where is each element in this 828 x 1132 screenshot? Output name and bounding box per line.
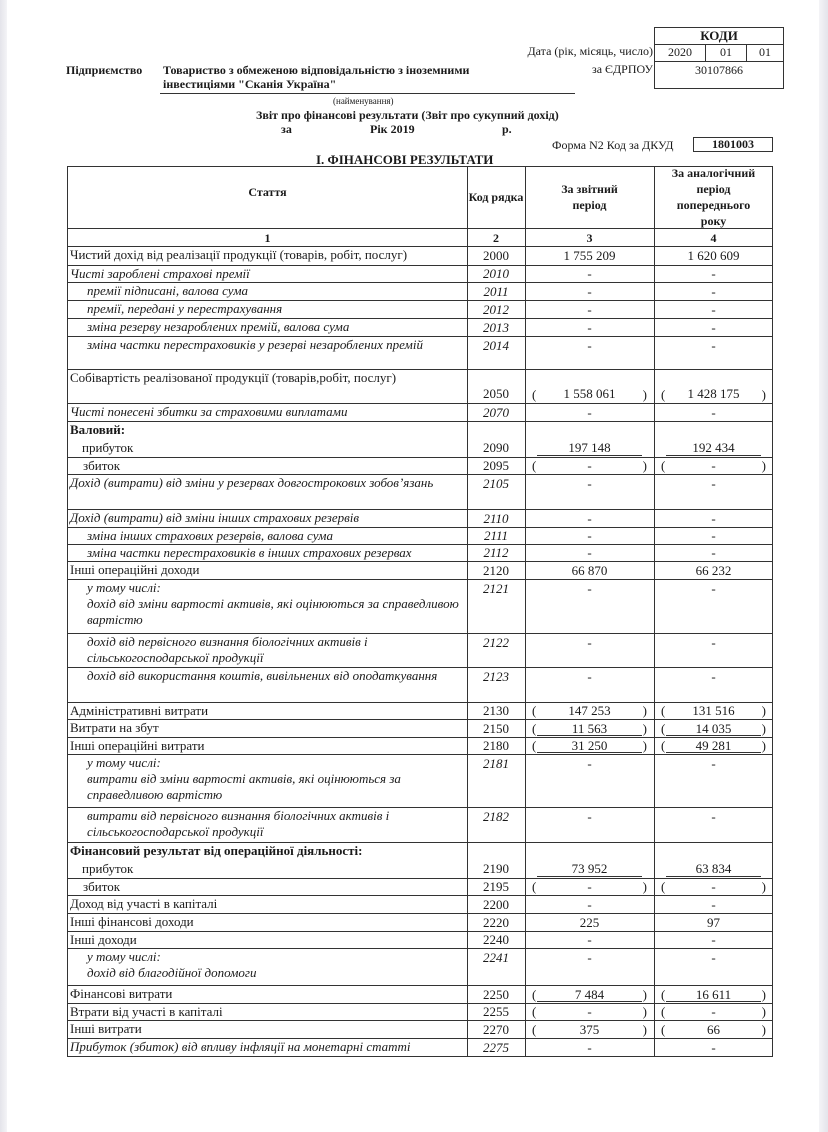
row-current-value: - [525,949,654,985]
paren-close: ) [643,1004,647,1020]
row-code-value: 2182 [483,809,509,824]
row-current-value: 66 870 [525,562,654,579]
table-row: Фінансові витрати22507 484()16 611() [67,986,773,1004]
row-code: 2010 [467,266,525,282]
table-row: зміна частки перестраховиків у резерві н… [67,337,773,370]
row-label: дохід від використання коштів, вивільнен… [69,668,467,702]
row-previous-value: 1 428 175() [654,370,773,403]
paren-open: ( [661,1022,665,1038]
row-code-value: 2130 [483,703,509,719]
row-code-value: 2011 [483,284,508,300]
date-month: 01 [706,44,747,61]
row-sub-label: дохід від зміни вартості активів, які оц… [87,596,467,628]
row-previous-value-value: - [711,581,715,596]
col-number-1: 1 [67,229,467,246]
row-label: премії, передані у перестрахування [69,301,467,318]
column-numbers-row: 1 2 3 4 [67,229,773,247]
paren-close: ) [643,879,647,895]
row-previous-value: - [654,1039,773,1057]
row-current-value: -() [525,879,654,895]
table-row: у тому числі:витрати від зміни вартості … [67,755,773,808]
row-label: Інші доходи [69,932,467,948]
row-previous-value: -() [654,879,773,895]
row-current-value-value: - [587,528,591,544]
row-code: 2122 [467,634,525,667]
row-label: у тому числі:витрати від зміни вартості … [69,755,467,807]
row-code-value: 2180 [483,738,509,754]
row-code-value: 2150 [483,721,509,737]
row-code-value: 2241 [483,950,509,965]
paren-open: ( [532,458,536,474]
table-row: премії підписані, валова сума2011-- [67,283,773,301]
date-year: 2020 [655,44,706,61]
row-previous-value-value: - [711,950,715,965]
table-row: Фінансовий результат від операційної дія… [67,843,773,879]
row-label: Інші операційні витрати [69,738,467,754]
row-previous-value: - [654,634,773,667]
row-current-value: - [525,545,654,561]
table-row: Інші операційні витрати218031 250()49 28… [67,738,773,755]
row-current-value: - [525,580,654,633]
table-row: зміна інших страхових резервів, валова с… [67,528,773,545]
paren-open: ( [532,721,536,737]
row-previous-value: 192 434 [654,422,773,457]
row-current-value-value: - [587,1040,591,1056]
row-previous-value-value: - [711,932,715,948]
row-label: Адміністративні витрати [69,703,467,719]
row-code: 2050 [467,370,525,403]
row-previous-value: - [654,404,773,421]
row-previous-value-value: - [711,302,715,318]
paren-close: ) [762,1004,766,1020]
row-code-value: 2090 [483,440,509,456]
row-label: збиток [69,879,467,895]
row-group-label: Валовий: [70,422,467,438]
row-previous-value-value: 1 620 609 [688,248,740,264]
table-row: Інші операційні доходи212066 87066 232 [67,562,773,580]
row-code: 2012 [467,301,525,318]
table-row: зміна резерву незароблених премій, валов… [67,319,773,337]
row-current-value: 73 952 [525,843,654,878]
row-previous-value-value: - [711,320,715,336]
row-code-value: 2105 [483,476,509,491]
row-current-value: 1 755 209 [525,247,654,265]
row-code: 2275 [467,1039,525,1057]
column-divider [467,166,468,1057]
row-code: 2120 [467,562,525,579]
row-previous-value: - [654,545,773,561]
row-current-value-value: 73 952 [572,861,608,877]
paren-open: ( [532,703,536,719]
paren-close: ) [762,1022,766,1038]
row-previous-value: - [654,301,773,318]
row-current-value-value: - [587,320,591,336]
table-row: витрати від первісного визнання біологіч… [67,808,773,843]
row-code: 2111 [467,528,525,544]
date-label: Дата (рік, місяць, число) [527,44,653,59]
row-current-value: - [525,404,654,421]
row-previous-value-value: - [711,338,715,353]
table-row: збиток2195-()-() [67,879,773,896]
row-current-value: - [525,896,654,913]
row-current-value: - [525,528,654,544]
row-current-value: 1 558 061() [525,370,654,403]
row-code-value: 2013 [483,320,509,336]
row-current-value: 11 563() [525,720,654,737]
row-code: 2190 [467,843,525,878]
col-number-3: 3 [525,229,654,246]
row-sub-label: витрати від зміни вартості активів, які … [87,771,467,803]
row-previous-value-value: - [711,511,715,527]
row-current-value: - [525,283,654,300]
row-previous-value-value: 97 [707,915,720,931]
table-row: премії, передані у перестрахування2012-- [67,301,773,319]
row-group-label: Фінансовий результат від операційної дія… [70,843,467,859]
row-code: 2240 [467,932,525,948]
row-code: 2014 [467,337,525,369]
table-row: Інші витрати2270375()66() [67,1021,773,1039]
dkud-code: 1801003 [693,137,773,152]
row-current-value-value: - [587,879,591,895]
row-previous-value-value: - [711,476,715,491]
row-code: 2270 [467,1021,525,1038]
row-current-value-value: 147 253 [568,703,610,719]
table-row: Доход від участі в капіталі2200-- [67,896,773,914]
row-current-value-value: 375 [580,1022,600,1038]
row-current-value: 197 148 [525,422,654,457]
table-row: Валовий:прибуток2090197 148192 434 [67,422,773,458]
row-label: Доход від участі в капіталі [69,896,467,913]
table-row: збиток2095-()-() [67,458,773,475]
paren-close: ) [643,721,647,737]
paren-open: ( [532,1022,536,1038]
row-current-value: 7 484() [525,986,654,1003]
table-row: Інші доходи2240-- [67,932,773,949]
row-previous-value: 66() [654,1021,773,1038]
row-current-value-value: - [587,405,591,421]
row-code: 2255 [467,1004,525,1020]
table-row: Втрати від участі в капіталі2255-()-() [67,1004,773,1021]
row-previous-value-value: - [711,1040,715,1056]
row-code: 2200 [467,896,525,913]
value-underline [666,876,761,877]
paren-open: ( [661,387,665,403]
row-previous-value: - [654,337,773,369]
col-header-current: За звітний період [525,166,654,228]
row-current-value-value: - [587,581,591,596]
row-previous-value-value: 63 834 [696,861,732,877]
row-current-value: -() [525,458,654,474]
row-label: Інші фінансові доходи [69,914,467,931]
name-caption: (найменування) [333,96,394,106]
enterprise-name-line1: Товариство з обмеженою відповідальністю … [163,63,469,78]
paren-open: ( [661,721,665,737]
date-codes: 2020 01 01 [655,44,783,62]
row-current-value: - [525,301,654,318]
row-previous-value: - [654,755,773,807]
row-current-value-value: - [587,932,591,948]
row-label: Інші операційні доходи [69,562,467,579]
row-current-value-value: - [587,511,591,527]
row-current-value: 147 253() [525,703,654,719]
paren-open: ( [661,987,665,1003]
col-header-previous: За аналогічний період попереднього року [654,166,773,228]
value-underline [537,876,642,877]
row-code: 2150 [467,720,525,737]
row-code-value: 2181 [483,756,509,771]
row-code-value: 2270 [483,1022,509,1038]
row-current-value-value: - [587,266,591,282]
row-previous-value: 1 620 609 [654,247,773,265]
col-number-4: 4 [654,229,773,246]
row-label: зміна інших страхових резервів, валова с… [69,528,467,544]
row-previous-value-value: - [711,545,715,561]
row-prefix: у тому числі: [87,949,467,965]
row-code: 2180 [467,738,525,754]
row-previous-value-value: 66 [707,1022,720,1038]
row-code: 2110 [467,510,525,527]
paren-close: ) [762,721,766,737]
row-code: 2181 [467,755,525,807]
row-current-value: - [525,808,654,842]
row-code-value: 2110 [483,511,508,527]
table-row: у тому числі:дохід від зміни вартості ак… [67,580,773,634]
name-underline [160,93,575,94]
row-previous-value-value: - [711,669,715,684]
table-row: Собівартість реалізованої продукції (тов… [67,370,773,404]
row-current-value-value: - [587,809,591,824]
value-underline [666,455,761,456]
paren-close: ) [762,987,766,1003]
row-current-value: 225 [525,914,654,931]
row-sub-label: прибуток [70,440,467,456]
row-previous-value: - [654,932,773,948]
codes-box: КОДИ 2020 01 01 30107866 [654,27,784,89]
row-code-value: 2112 [483,545,508,561]
row-current-value: - [525,266,654,282]
row-previous-value-value: - [711,879,715,895]
paren-close: ) [643,458,647,474]
row-current-value-value: 197 148 [568,440,610,456]
row-previous-value-value: 192 434 [692,440,734,456]
paren-open: ( [661,1004,665,1020]
row-label: збиток [69,458,467,474]
value-underline [537,735,642,736]
row-sub-label: дохід від благодійної допомоги [87,965,467,981]
table-row: дохід від використання коштів, вивільнен… [67,668,773,703]
period-prefix: за [281,122,292,137]
row-previous-value: - [654,319,773,336]
row-code: 2241 [467,949,525,985]
value-underline [666,1001,761,1002]
row-current-value-value: 1 755 209 [564,248,616,264]
enterprise-name-line2: інвестиціями "Сканія Україна" [163,77,336,92]
paren-close: ) [643,987,647,1003]
row-label: Валовий:прибуток [69,422,467,457]
table-row: Чистий дохід від реалізації продукції (т… [67,247,773,266]
paren-open: ( [661,703,665,719]
row-label: зміна частки перестраховиків в інших стр… [69,545,467,561]
table-row: Дохід (витрати) від зміни інших страхови… [67,510,773,528]
paren-open: ( [532,738,536,754]
paren-close: ) [643,1022,647,1038]
row-previous-value: - [654,580,773,633]
row-code: 2095 [467,458,525,474]
row-label: премії підписані, валова сума [69,283,467,300]
enterprise-label: Підприємство [66,63,142,78]
row-prefix: у тому числі: [87,755,467,771]
table-row: у тому числі:дохід від благодійної допом… [67,949,773,986]
row-previous-value: -() [654,458,773,474]
paren-close: ) [762,458,766,474]
row-label: у тому числі:дохід від зміни вартості ак… [69,580,467,633]
row-code-value: 2122 [483,635,509,650]
row-current-value-value: 1 558 061 [564,386,616,402]
row-label: Фінансовий результат від операційної дія… [69,843,467,878]
date-day: 01 [747,44,783,61]
row-previous-value: - [654,475,773,509]
row-label: Дохід (витрати) від зміни у резервах дов… [69,475,467,509]
row-current-value: 375() [525,1021,654,1038]
row-current-value-value: - [587,458,591,474]
paren-close: ) [643,738,647,754]
row-previous-value: 66 232 [654,562,773,579]
row-current-value-value: - [587,545,591,561]
row-previous-value: - [654,896,773,913]
row-current-value: -() [525,1004,654,1020]
row-previous-value-value: - [711,1004,715,1020]
edrpou-code: 30107866 [655,63,783,78]
value-underline [537,752,642,753]
row-current-value-value: - [587,897,591,913]
row-current-value: - [525,932,654,948]
table-row: Адміністративні витрати2130147 253()131 … [67,703,773,720]
codes-title: КОДИ [655,28,783,45]
row-code: 2123 [467,668,525,702]
paren-close: ) [762,703,766,719]
row-previous-value-value: - [711,284,715,300]
table-header-row: Стаття Код рядка За звітний період За ан… [67,166,773,229]
row-label: Втрати від участі в капіталі [69,1004,467,1020]
row-previous-value-value: - [711,405,715,421]
row-code-value: 2095 [483,458,509,474]
row-code: 2011 [467,283,525,300]
paren-close: ) [762,879,766,895]
value-underline [666,735,761,736]
value-underline [666,752,761,753]
row-label: у тому числі:дохід від благодійної допом… [69,949,467,985]
row-label: Чистий дохід від реалізації продукції (т… [69,247,467,265]
col-header-article: Стаття [67,166,467,228]
row-code: 2070 [467,404,525,421]
row-previous-value: 131 516() [654,703,773,719]
row-label: Фінансові витрати [69,986,467,1003]
row-code: 2112 [467,545,525,561]
row-code: 2105 [467,475,525,509]
table-row: Чисті понесені збитки за страховими випл… [67,404,773,422]
row-current-value-value: - [587,338,591,353]
row-current-value-value: - [587,950,591,965]
row-label: Дохід (витрати) від зміни інших страхови… [69,510,467,527]
row-previous-value-value: 66 232 [696,563,732,579]
row-label: дохід від первісного визнання біологічни… [69,634,467,667]
row-previous-value: 97 [654,914,773,931]
row-label: Собівартість реалізованої продукції (тов… [69,370,467,403]
row-previous-value: 49 281() [654,738,773,754]
row-current-value-value: - [587,302,591,318]
value-underline [537,1001,642,1002]
row-code-value: 2050 [483,386,509,402]
row-code-value: 2250 [483,987,509,1003]
row-current-value: - [525,319,654,336]
row-previous-value-value: - [711,635,715,650]
row-previous-value: - [654,266,773,282]
row-previous-value-value: - [711,897,715,913]
row-label: зміна резерву незароблених премій, валов… [69,319,467,336]
form-label: Форма N2 Код за ДКУД [552,138,673,153]
row-code-value: 2121 [483,581,509,596]
row-code-value: 2195 [483,879,509,895]
table-row: Чисті зароблені страхові премії2010-- [67,266,773,283]
row-previous-value: 16 611() [654,986,773,1003]
row-previous-value-value: - [711,266,715,282]
col-number-2: 2 [467,229,525,246]
paren-open: ( [532,1004,536,1020]
row-code: 2121 [467,580,525,633]
table-row: Прибуток (збиток) від впливу інфляції на… [67,1039,773,1057]
row-code-value: 2120 [483,563,509,579]
row-current-value-value: - [587,669,591,684]
row-code: 2250 [467,986,525,1003]
page-right-edge [819,0,828,1132]
row-current-value-value: - [587,284,591,300]
paren-close: ) [643,703,647,719]
paren-close: ) [762,387,766,403]
paren-open: ( [532,879,536,895]
row-previous-value: 14 035() [654,720,773,737]
table-row: дохід від первісного визнання біологічни… [67,634,773,668]
paren-close: ) [643,387,647,403]
row-code-value: 2190 [483,861,509,877]
row-previous-value-value: 1 428 175 [688,386,740,402]
row-previous-value: - [654,808,773,842]
row-code: 2182 [467,808,525,842]
row-code: 2013 [467,319,525,336]
paren-open: ( [661,458,665,474]
row-code: 2220 [467,914,525,931]
page-left-edge [0,0,7,1132]
row-current-value: - [525,475,654,509]
row-previous-value-value: - [711,756,715,771]
paren-open: ( [532,387,536,403]
row-label: Витрати на збут [69,720,467,737]
row-current-value: - [525,755,654,807]
row-previous-value: - [654,510,773,527]
row-code-value: 2010 [483,266,509,282]
row-current-value: - [525,668,654,702]
paren-open: ( [661,879,665,895]
column-divider [654,166,655,1057]
paren-open: ( [532,987,536,1003]
row-label: Чисті понесені збитки за страховими випл… [69,404,467,421]
row-code-value: 2014 [483,338,509,353]
row-previous-value-value: - [711,809,715,824]
row-current-value: - [525,634,654,667]
row-current-value-value: - [587,756,591,771]
row-label: Чисті зароблені страхові премії [69,266,467,282]
row-code-value: 2111 [484,528,508,544]
row-previous-value: - [654,668,773,702]
